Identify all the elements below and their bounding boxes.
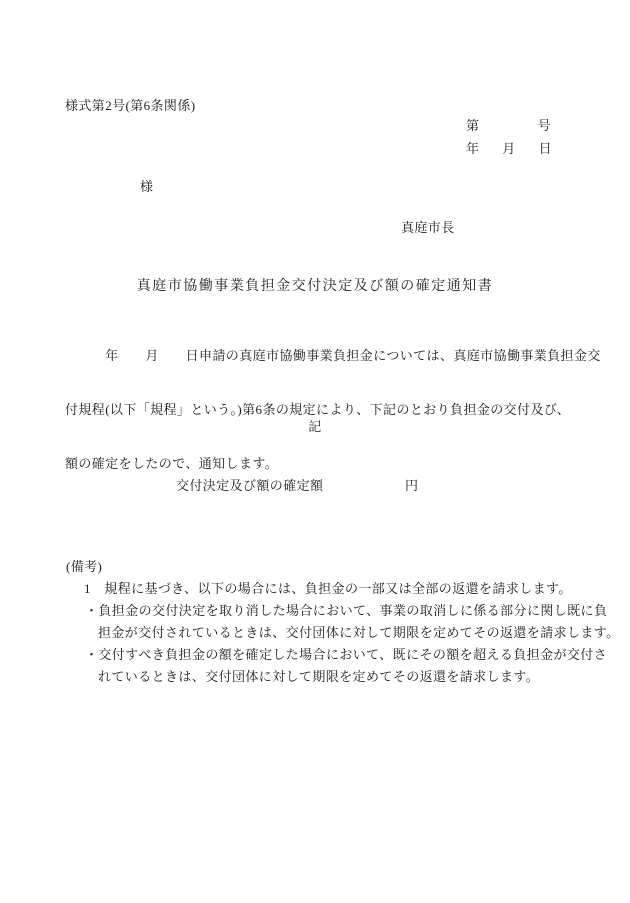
addressee-honorific: 様 (140, 176, 153, 195)
body-line-3: 額の確定をしたので、通知します。 (65, 453, 570, 475)
remarks-bullet-2-line-1: ・交付すべき負担金の額を確定した場合において、既にその額を超える負担金が交付さ (85, 644, 607, 663)
doc-number-prefix: 第 (466, 115, 479, 134)
doc-number-suffix: 号 (538, 115, 551, 134)
remarks-bullet-1-line-2: 担金が交付されているときは、交付団体に対して期限を定めてその返還を請求します。 (98, 622, 620, 641)
date-line: 年 月 日 (466, 138, 552, 157)
remarks-bullet-1-line-1: ・負担金の交付決定を取り消した場合において、事業の取消しに係る部分に関し既に負 (85, 600, 607, 619)
date-month-label: 月 (502, 138, 515, 157)
document-number-line: 第 号 (466, 115, 551, 134)
date-day-label: 日 (539, 138, 552, 157)
document-page: 様式第2号(第6条関係) 第 号 年 月 日 様 真庭市長 真庭市協働事業負担金… (0, 0, 630, 903)
ki-marker: 記 (65, 416, 565, 435)
form-number: 様式第2号(第6条関係) (65, 95, 195, 114)
remarks-heading: (備考) (66, 556, 102, 575)
remarks-bullet-2-line-2: れているときは、交付団体に対して期限を定めてその返還を請求します。 (98, 666, 539, 685)
body-line-1: 年 月 日申請の真庭市協働事業負担金については、真庭市協働事業負担金交 (65, 345, 570, 367)
amount-label: 交付決定及び額の確定額 (176, 475, 323, 494)
amount-unit: 円 (405, 475, 418, 494)
date-year-label: 年 (466, 138, 479, 157)
document-title: 真庭市協働事業負担金交付決定及び額の確定通知書 (65, 275, 565, 295)
sender-name: 真庭市長 (401, 217, 455, 236)
remarks-item-1: 1 規程に基づき、以下の場合には、負担金の一部又は全部の返還を請求します。 (84, 578, 572, 597)
